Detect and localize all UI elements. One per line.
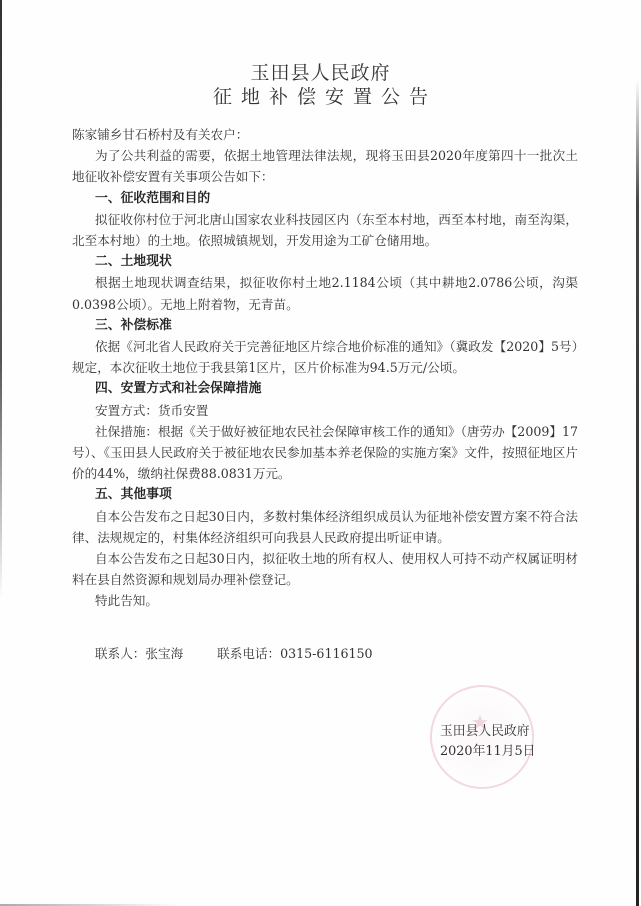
spacer bbox=[72, 612, 578, 633]
contact-person: 联系人：张宝海 bbox=[95, 643, 183, 664]
notice-title: 征地补偿安置公告 bbox=[0, 82, 641, 109]
section-paragraph: 拟征收你村位于河北唐山国家农业科技园区内（东至本村地，西至本村地，南至沟渠，北至… bbox=[72, 209, 578, 251]
contact-line: 联系人：张宝海联系电话：0315-6116150 bbox=[72, 643, 578, 664]
section-paragraph: 依据《河北省人民政府关于完善征地区片综合地价标准的通知》（冀政发【2020】5号… bbox=[72, 336, 578, 378]
section-heading-resettlement: 四、安置方式和社会保障措施 bbox=[72, 378, 578, 399]
section-paragraph: 自本公告发布之日起30日内，多数村集体经济组织成员认为征地补偿安置方案不符合法律… bbox=[72, 506, 578, 548]
signature-issuer: 玉田县人民政府 bbox=[440, 722, 535, 742]
section-heading-land-status: 二、土地现状 bbox=[72, 251, 578, 272]
section-paragraph: 安置方式：货币安置 bbox=[72, 400, 578, 421]
section-heading-compensation: 三、补偿标准 bbox=[72, 315, 578, 336]
addressee: 陈家铺乡甘石桥村及有关农户： bbox=[72, 124, 578, 145]
section-paragraph: 社保措施：根据《关于做好被征地农民社会保障审核工作的通知》（唐劳办【2009】1… bbox=[72, 421, 578, 485]
signature-date: 2020年11月5日 bbox=[440, 742, 535, 762]
scan-edge-right bbox=[636, 80, 639, 906]
contact-phone: 联系电话：0315-6116150 bbox=[217, 643, 372, 664]
closing-remark: 特此告知。 bbox=[72, 590, 578, 611]
section-heading-scope: 一、征收范围和目的 bbox=[72, 188, 578, 209]
section-heading-other: 五、其他事项 bbox=[72, 484, 578, 505]
section-paragraph: 自本公告发布之日起30日内，拟征收土地的所有权人、使用权人可持不动产权属证明材料… bbox=[72, 548, 578, 590]
signature-block: 玉田县人民政府 2020年11月5日 bbox=[440, 722, 535, 762]
issuer-title: 玉田县人民政府 bbox=[0, 58, 641, 85]
notice-body: 陈家铺乡甘石桥村及有关农户： 为了公共利益的需要，依据土地管理法律法规，现将玉田… bbox=[72, 124, 578, 664]
intro-paragraph: 为了公共利益的需要，依据土地管理法律法规，现将玉田县2020年度第四十一批次土地… bbox=[72, 145, 578, 187]
section-paragraph: 根据土地现状调查结果，拟征收你村土地2.1184公顷（其中耕地2.0786公顷，… bbox=[72, 272, 578, 314]
